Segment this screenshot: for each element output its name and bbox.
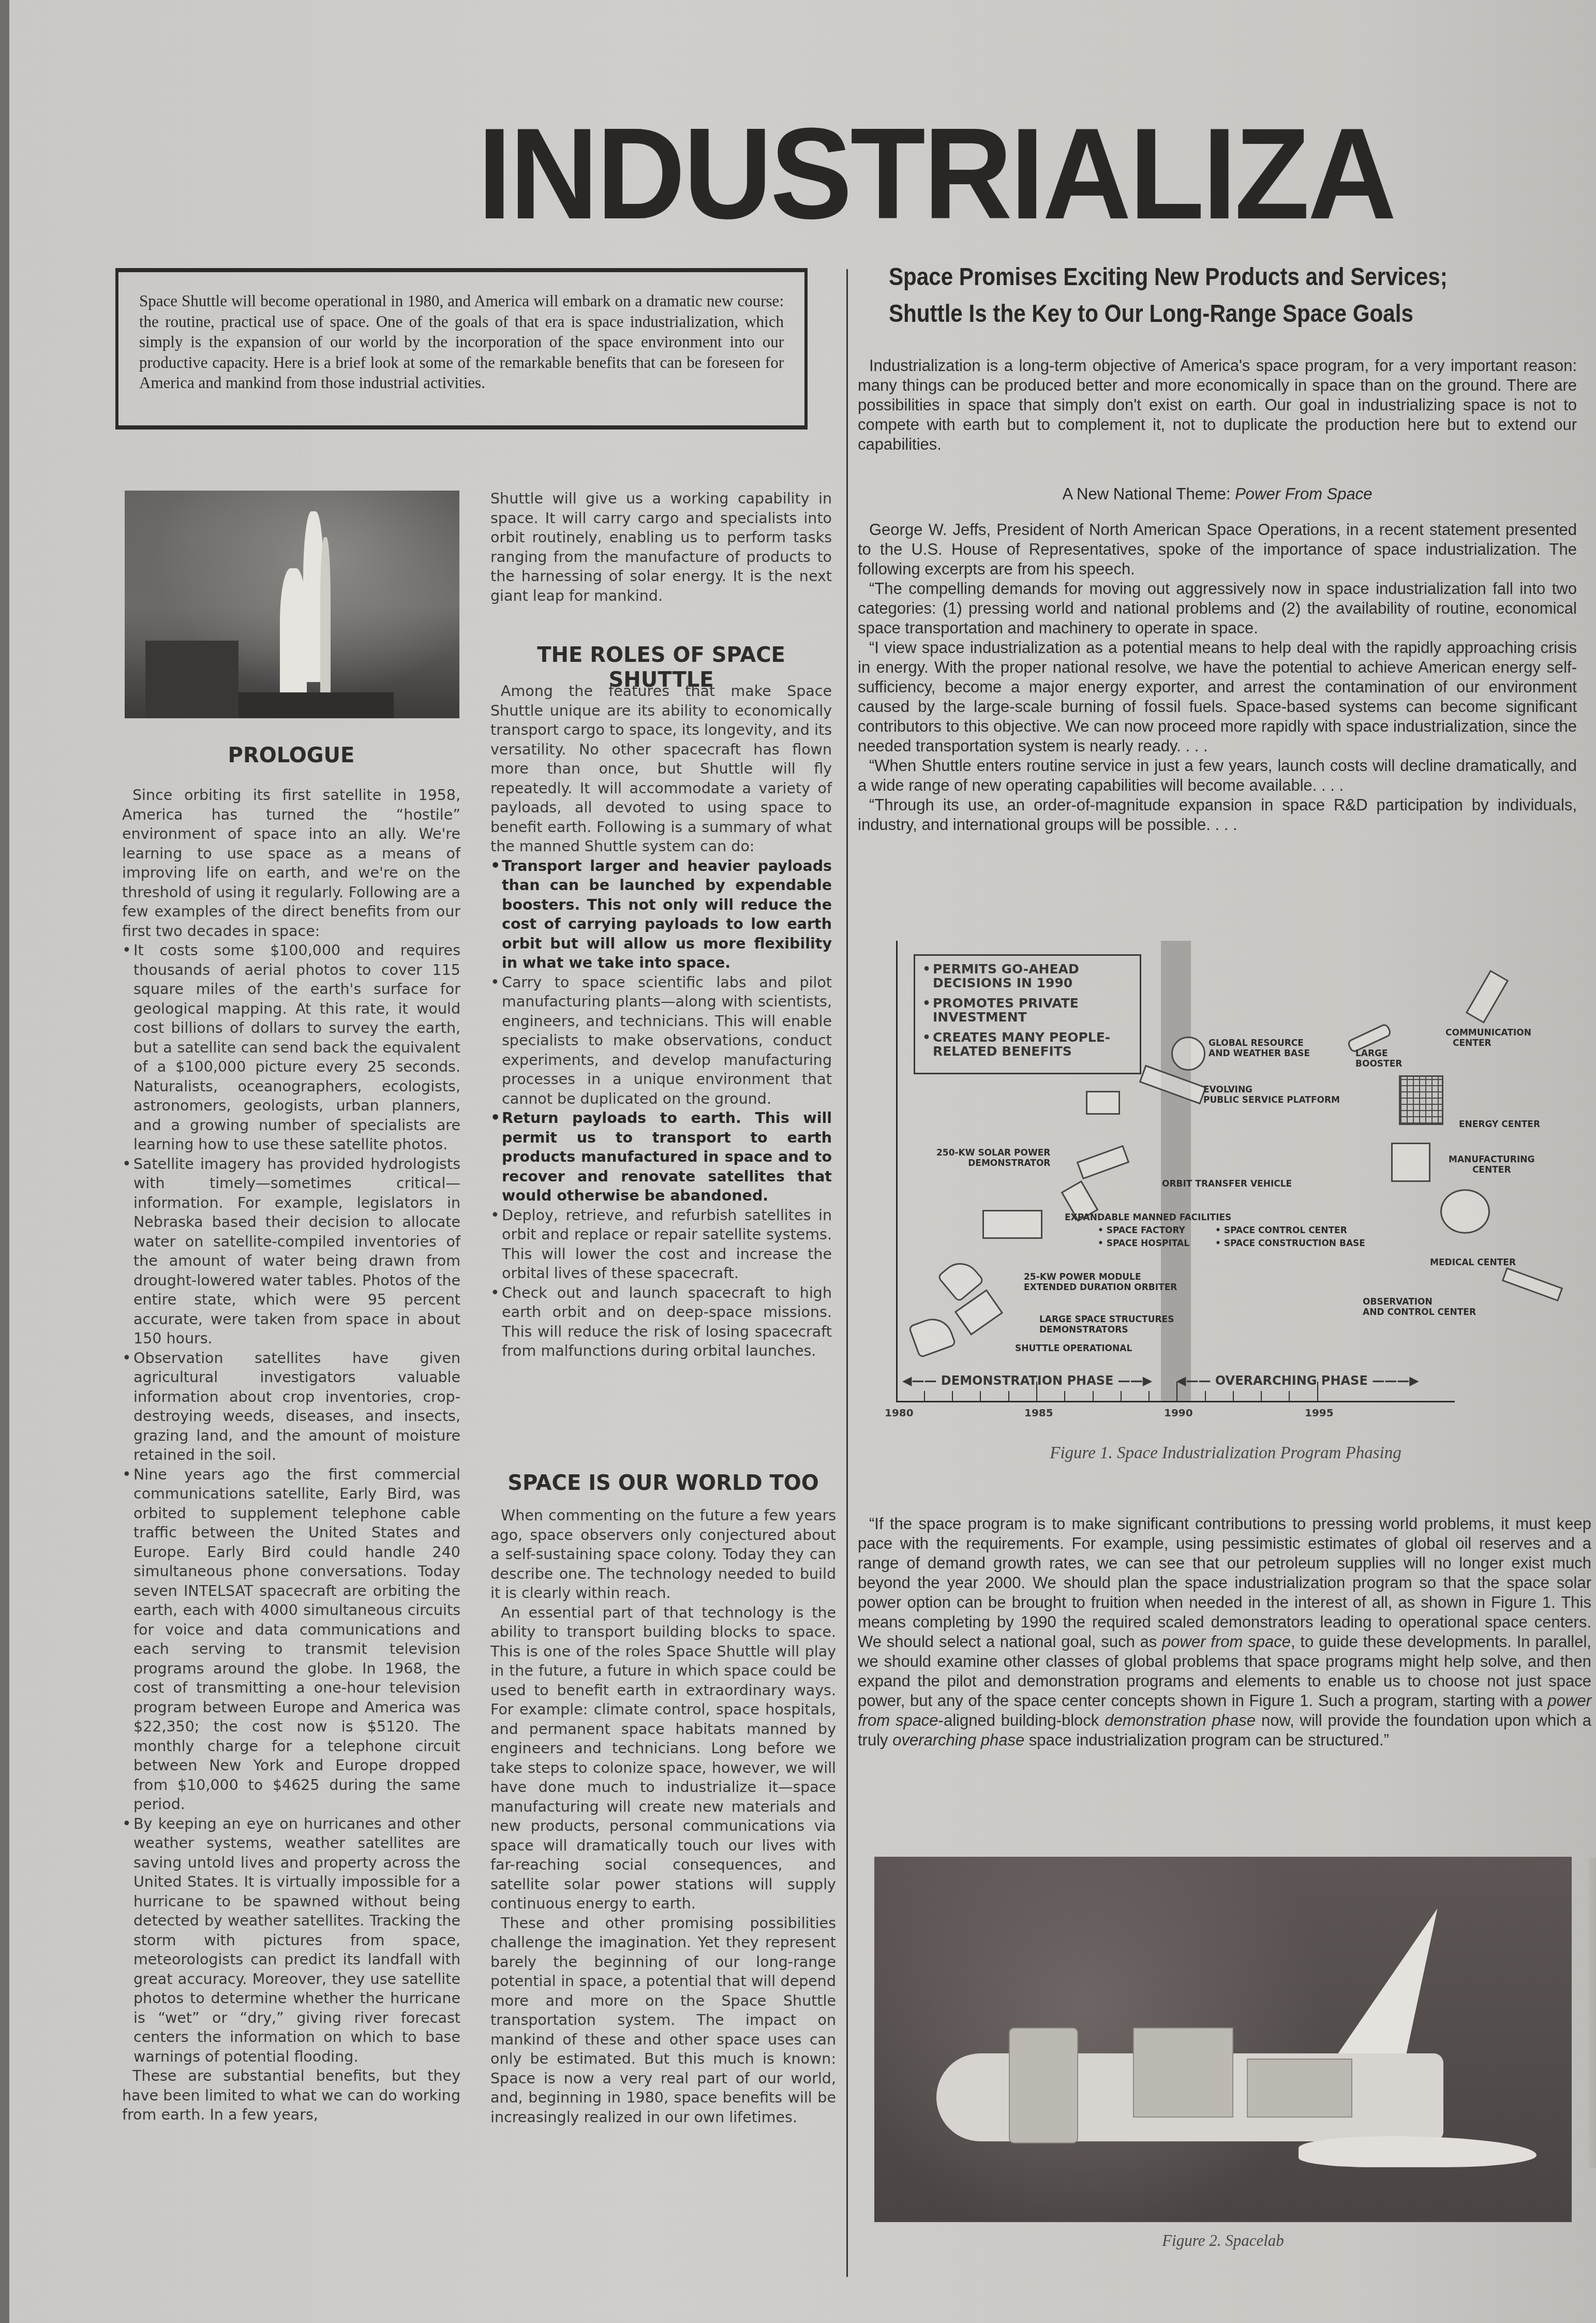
benefit-item: PROMOTES PRIVATE INVESTMENT <box>922 996 1140 1024</box>
headline-line-2: Shuttle Is the Key to Our Long-Range Spa… <box>889 295 1467 332</box>
axis-tick <box>1233 1391 1234 1402</box>
prologue-bullet: Satellite imagery has provided hydrologi… <box>122 1155 460 1349</box>
quote-paragraph: “If the space program is to make signifi… <box>858 1514 1591 1750</box>
prologue-bullet: It costs some $100,000 and requires thou… <box>122 941 460 1155</box>
benefit-item: PERMITS GO-AHEAD DECISIONS IN 1990 <box>922 962 1140 990</box>
manufacturing-center-icon <box>1391 1143 1430 1182</box>
middle-continuation: Shuttle will give us a working capabilit… <box>490 489 832 605</box>
subhead-italic: Power From Space <box>1235 485 1372 503</box>
roles-bullet: Deploy, retrieve, and refurbish satellit… <box>490 1206 832 1283</box>
label-space-hospital: • SPACE HOSPITAL <box>1098 1238 1189 1249</box>
roles-bullet: Return payloads to earth. This will perm… <box>490 1108 832 1206</box>
right-intro: Industrialization is a long-term objecti… <box>858 356 1577 454</box>
axis-tick <box>1205 1391 1206 1402</box>
axis-tick <box>1261 1391 1262 1402</box>
label-large-booster: LARGE BOOSTER <box>1355 1048 1402 1069</box>
intro-box-text: Space Shuttle will become operational in… <box>139 291 784 393</box>
label-space-construction-base: • SPACE CONSTRUCTION BASE <box>1215 1238 1365 1249</box>
label-global-resource: GLOBAL RESOURCE AND WEATHER BASE <box>1209 1038 1310 1059</box>
label-large-structures: LARGE SPACE STRUCTURES DEMONSTRATORS <box>1039 1314 1174 1335</box>
continuation-text: Shuttle will give us a working capabilit… <box>490 489 832 605</box>
jeffs-excerpts: George W. Jeffs, President of North Amer… <box>858 520 1577 835</box>
benefits-box: PERMITS GO-AHEAD DECISIONS IN 1990 PROMO… <box>914 954 1141 1074</box>
label-shuttle-operational: SHUTTLE OPERATIONAL <box>1015 1343 1132 1354</box>
world-paragraph: When commenting on the future a few year… <box>490 1506 836 1603</box>
label-power-module: 25-KW POWER MODULE EXTENDED DURATION ORB… <box>1024 1272 1177 1293</box>
world-paragraph: These and other promising possibilities … <box>490 1914 836 2127</box>
world-heading: SPACE IS OUR WORLD TOO <box>490 1471 836 1496</box>
manned-facility-icon <box>982 1210 1042 1239</box>
axis-tick <box>1289 1391 1290 1402</box>
jeffs-paragraph: “When Shuttle enters routine service in … <box>858 756 1577 795</box>
axis-tick-major <box>1317 1382 1318 1402</box>
masthead-title: INDUSTRIALIZA <box>478 120 1596 229</box>
orbiter-wing-shape <box>1299 2136 1537 2167</box>
label-manufacturing-center: MANUFACTURING CENTER <box>1449 1155 1534 1175</box>
label-observation-center: OBSERVATION AND CONTROL CENTER <box>1363 1297 1476 1318</box>
jeffs-paragraph: “Through its use, an order-of-magnitude … <box>858 795 1577 835</box>
solar-demonstrator-icon <box>1077 1145 1130 1180</box>
subhead-plain: A New National Theme: <box>1062 485 1235 503</box>
label-space-factory: • SPACE FACTORY <box>1098 1225 1185 1236</box>
roles-bullet: Transport larger and heavier payloads th… <box>490 856 832 973</box>
label-orbit-transfer-vehicle: ORBIT TRANSFER VEHICLE <box>1162 1179 1292 1189</box>
year-1995: 1995 <box>1305 1407 1334 1419</box>
communication-center-icon <box>1466 970 1509 1024</box>
label-energy-center: ENERGY CENTER <box>1459 1119 1540 1130</box>
y-axis-line <box>896 941 898 1402</box>
jeffs-paragraph: George W. Jeffs, President of North Amer… <box>858 520 1577 579</box>
spacelab-photo <box>874 1857 1572 2222</box>
spacelab-module-shape <box>1133 2028 1233 2118</box>
label-expandable-facilities: EXPANDABLE MANNED FACILITIES <box>1065 1212 1231 1223</box>
axis-tick <box>1064 1391 1065 1402</box>
energy-center-icon <box>1399 1075 1443 1125</box>
label-communication-center: COMMUNICATION CENTER <box>1445 1028 1531 1048</box>
world-paragraph: An essential part of that technology is … <box>490 1603 836 1914</box>
booster-shape <box>320 537 331 698</box>
jeffs-paragraph: “The compelling demands for moving out a… <box>858 579 1577 638</box>
year-1980: 1980 <box>885 1407 914 1419</box>
roles-bullet-list: Transport larger and heavier payloads th… <box>490 856 832 1361</box>
year-1985: 1985 <box>1024 1407 1053 1419</box>
demonstration-phase-label: ◀—— DEMONSTRATION PHASE ——▶ <box>902 1373 1152 1388</box>
overarching-phase-label: ◀—— OVERARCHING PHASE ———▶ <box>1176 1373 1419 1388</box>
axis-tick <box>980 1391 981 1402</box>
prologue-bullet: By keeping an eye on hurricanes and othe… <box>122 1814 460 2067</box>
axis-tick <box>952 1391 953 1402</box>
spacelab-module-shape <box>1009 2028 1078 2143</box>
figure-1-caption: Figure 1. Space Industrialization Progra… <box>882 1444 1570 1463</box>
orbiter-shape <box>280 568 307 703</box>
axis-tick <box>1008 1391 1009 1402</box>
headline-line-1: Space Promises Exciting New Products and… <box>889 259 1467 295</box>
medical-center-icon <box>1440 1189 1490 1234</box>
benefit-item: CREATES MANY PEOPLE-RELATED BENEFITS <box>922 1030 1140 1058</box>
year-1990: 1990 <box>1164 1407 1193 1419</box>
jeffs-quote-2: “If the space program is to make signifi… <box>858 1514 1591 1750</box>
prologue-heading: PROLOGUE <box>122 743 460 768</box>
column-divider <box>846 269 848 2277</box>
shuttle-launch-photo <box>125 491 459 718</box>
intro-box: Space Shuttle will become operational in… <box>115 268 808 430</box>
document-page: INDUSTRIALIZA Space Shuttle will become … <box>9 0 1596 2323</box>
page-edge <box>1588 1858 1596 2168</box>
label-evolving-platform: EVOLVING PUBLIC SERVICE PLATFORM <box>1203 1085 1340 1105</box>
prologue-bullet: Nine years ago the first commercial comm… <box>122 1465 460 1814</box>
roles-section: Among the features that make Space Shutt… <box>490 682 832 1361</box>
label-space-control-center: • SPACE CONTROL CENTER <box>1215 1225 1347 1236</box>
axis-tick <box>1093 1391 1094 1402</box>
axis-tick <box>924 1391 925 1402</box>
axis-tick-major <box>1036 1382 1037 1402</box>
platform-module-icon <box>1086 1091 1120 1115</box>
shuttle-icon <box>908 1313 957 1358</box>
axis-tick <box>1121 1391 1122 1402</box>
jeffs-paragraph: “I view space industrialization as a pot… <box>858 638 1577 756</box>
prologue-bullet: Observation satellites have given agricu… <box>122 1349 460 1465</box>
observation-center-icon <box>1502 1267 1563 1301</box>
roles-intro: Among the features that make Space Shutt… <box>490 682 832 856</box>
launch-tower-shape <box>145 641 238 718</box>
prologue-bullet-list: It costs some $100,000 and requires thou… <box>122 941 460 2066</box>
world-section: When commenting on the future a few year… <box>490 1506 836 2127</box>
global-base-satellite-icon <box>1171 1037 1205 1071</box>
prologue-closing: These are substantial benefits, but they… <box>122 2066 460 2125</box>
figure-1-program-phasing: PERMITS GO-AHEAD DECISIONS IN 1990 PROMO… <box>882 941 1570 1407</box>
label-medical-center: MEDICAL CENTER <box>1430 1257 1516 1268</box>
prologue-column: Since orbiting its first satellite in 19… <box>122 786 460 2125</box>
figure-2-caption: Figure 2. Spacelab <box>874 2231 1572 2250</box>
right-intro-text: Industrialization is a long-term objecti… <box>858 356 1577 454</box>
roles-bullet: Check out and launch spacecraft to high … <box>490 1283 832 1361</box>
axis-tick-major <box>1176 1382 1177 1402</box>
subhead-national-theme: A New National Theme: Power From Space <box>858 484 1577 505</box>
article-headline: Space Promises Exciting New Products and… <box>889 259 1467 332</box>
prologue-intro: Since orbiting its first satellite in 19… <box>122 786 460 941</box>
label-solar-demonstrator: 250-KW SOLAR POWER DEMONSTRATOR <box>936 1148 1050 1168</box>
launch-pad-shape <box>238 692 394 718</box>
roles-bullet: Carry to space scientific labs and pilot… <box>490 973 832 1109</box>
axis-tick <box>1148 1391 1150 1402</box>
spacelab-pallet-shape <box>1247 2059 1352 2118</box>
